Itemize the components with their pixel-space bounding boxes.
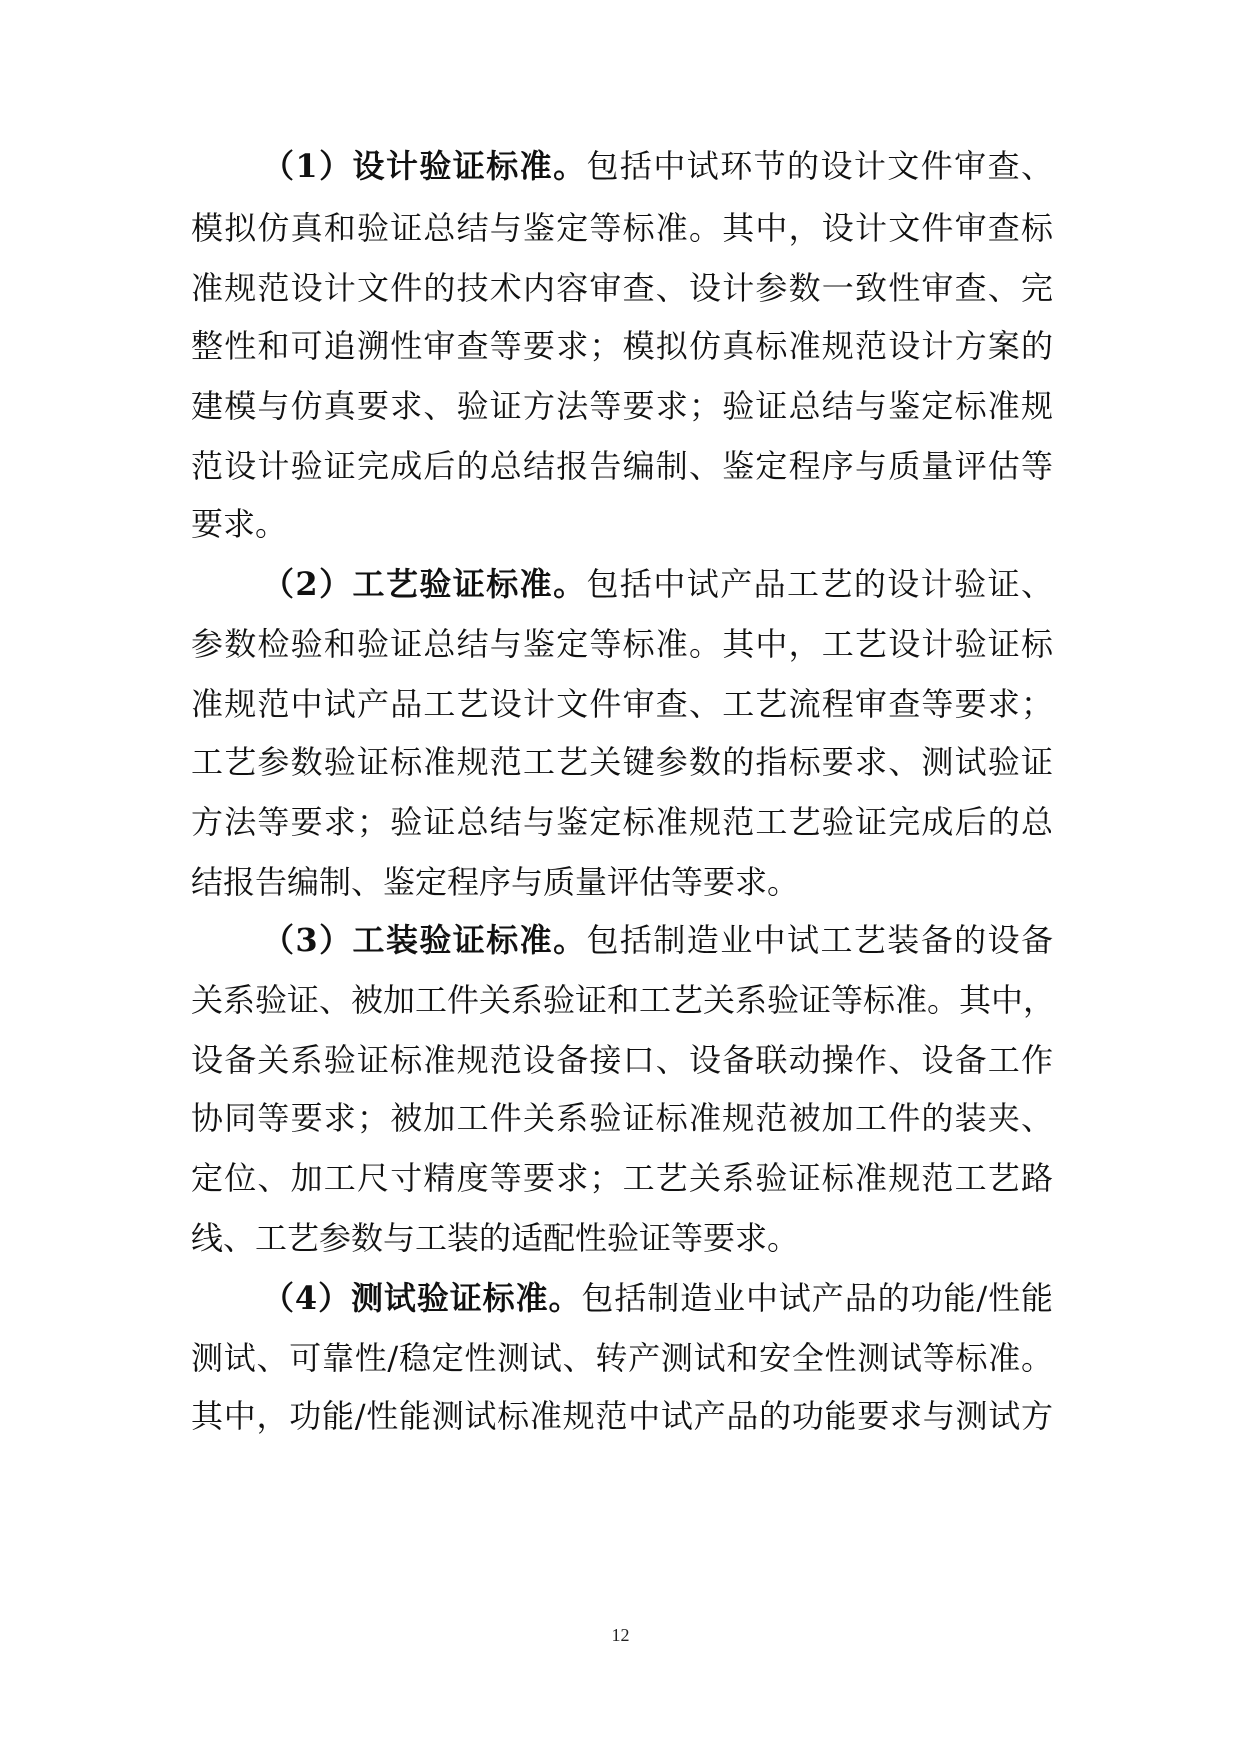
section-3-line-5: 线、工艺参数与工装的适配性验证等要求。 bbox=[191, 1208, 1053, 1268]
section-3-line-3: 协同等要求；被加工件关系验证标准规范被加工件的装夹、 bbox=[191, 1088, 1053, 1148]
section-2-line-5: 结报告编制、鉴定程序与质量评估等要求。 bbox=[191, 852, 1053, 912]
section-2-line-2: 准规范中试产品工艺设计文件审查、工艺流程审查等要求； bbox=[191, 674, 1053, 734]
section-1-line-4: 建模与仿真要求、验证方法等要求；验证总结与鉴定标准规 bbox=[191, 376, 1053, 436]
section-3-heading: （3）工装验证标准。 bbox=[262, 921, 587, 959]
section-2-line-3: 工艺参数验证标准规范工艺关键参数的指标要求、测试验证 bbox=[191, 732, 1053, 792]
section-1-line-1: 模拟仿真和验证总结与鉴定等标准。其中，设计文件审查标 bbox=[191, 198, 1053, 258]
section-4-line-2: 其中，功能/性能测试标准规范中试产品的功能要求与测试方 bbox=[191, 1386, 1053, 1446]
section-4-first-line: （4）测试验证标准。包括制造业中试产品的功能/性能 bbox=[262, 1268, 1053, 1328]
page-number: 12 bbox=[0, 1625, 1241, 1646]
section-2-first-line: （2）工艺验证标准。包括中试产品工艺的设计验证、 bbox=[262, 554, 1053, 614]
section-4-heading: （4）测试验证标准。 bbox=[262, 1279, 581, 1317]
section-1-line-0: 包括中试环节的设计文件审查、 bbox=[587, 147, 1054, 185]
section-2-line-0: 包括中试产品工艺的设计验证、 bbox=[587, 565, 1054, 603]
section-4-line-1: 测试、可靠性/稳定性测试、转产测试和安全性测试等标准。 bbox=[191, 1328, 1053, 1388]
section-1-line-6: 要求。 bbox=[191, 494, 1053, 554]
section-2-line-4: 方法等要求；验证总结与鉴定标准规范工艺验证完成后的总 bbox=[191, 792, 1053, 852]
document-page: （1）设计验证标准。包括中试环节的设计文件审查、 模拟仿真和验证总结与鉴定等标准… bbox=[0, 0, 1241, 1754]
section-1-line-3: 整性和可追溯性审查等要求；模拟仿真标准规范设计方案的 bbox=[191, 316, 1053, 376]
section-2-line-1: 参数检验和验证总结与鉴定等标准。其中，工艺设计验证标 bbox=[191, 614, 1053, 674]
section-3-line-2: 设备关系验证标准规范设备接口、设备联动操作、设备工作 bbox=[191, 1030, 1053, 1090]
section-4-line-0: 包括制造业中试产品的功能/性能 bbox=[581, 1279, 1053, 1317]
section-3-line-1: 关系验证、被加工件关系验证和工艺关系验证等标准。其中， bbox=[191, 970, 1053, 1030]
section-3-first-line: （3）工装验证标准。包括制造业中试工艺装备的设备 bbox=[262, 910, 1053, 970]
section-1-line-2: 准规范设计文件的技术内容审查、设计参数一致性审查、完 bbox=[191, 258, 1053, 318]
section-1-first-line: （1）设计验证标准。包括中试环节的设计文件审查、 bbox=[262, 136, 1053, 196]
section-3-line-4: 定位、加工尺寸精度等要求；工艺关系验证标准规范工艺路 bbox=[191, 1148, 1053, 1208]
section-2-heading: （2）工艺验证标准。 bbox=[262, 565, 587, 603]
section-1-line-5: 范设计验证完成后的总结报告编制、鉴定程序与质量评估等 bbox=[191, 436, 1053, 496]
section-1-heading: （1）设计验证标准。 bbox=[262, 147, 587, 185]
section-3-line-0: 包括制造业中试工艺装备的设备 bbox=[587, 921, 1054, 959]
